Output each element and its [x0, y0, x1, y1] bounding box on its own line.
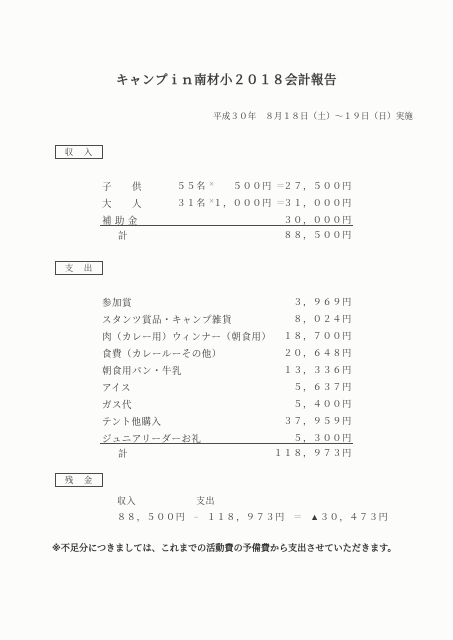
- income-row-amount: ３１，０００円: [252, 196, 352, 209]
- expense-row-amount: ２０，６４８円: [252, 346, 352, 359]
- income-total-amount: ８８，５００円: [252, 228, 352, 241]
- expense-row-label: 参加賞: [102, 295, 132, 309]
- income-row-count: ５５名: [150, 179, 206, 192]
- expense-row-amount: ３７，９５９円: [252, 414, 352, 427]
- expenses-total-label: 計: [118, 446, 128, 460]
- expense-row-label: 肉（カレー用）ウィンナー（朝食用）: [102, 329, 271, 343]
- expense-row-label: アイス: [102, 380, 131, 394]
- expenses-total-rule: [100, 443, 353, 444]
- expense-row: 朝食用パン・牛乳 １３，３３６円: [0, 363, 453, 376]
- expense-row-amount: ３，９６９円: [252, 295, 352, 308]
- expense-row-amount: １３，３３６円: [252, 363, 352, 376]
- income-total-label: 計: [118, 228, 128, 242]
- minus-sign: −: [194, 512, 199, 522]
- expense-row-label: テント他購入: [102, 414, 162, 428]
- income-row-children: 子 供 ５５名 × ５００円 ＝ ２７，５００円: [0, 179, 453, 192]
- expenses-section-label: 支 出: [65, 262, 94, 274]
- expense-row: 食費（カレールーその他） ２０，６４８円: [0, 346, 453, 359]
- balance-section-box: 残 金: [55, 473, 103, 487]
- expense-row: テント他購入 ３７，９５９円: [0, 414, 453, 427]
- income-row-amount: ２７，５００円: [252, 179, 352, 192]
- expense-row-amount: ５，４００円: [252, 397, 352, 410]
- footnote: ※不足分につきましては、これまでの活動費の予備費から支出させていただきます。: [52, 541, 397, 554]
- balance-income-amount: ８８，５００円: [117, 510, 186, 523]
- expense-row: ガス代 ５，４００円: [0, 397, 453, 410]
- expenses-total-amount: １１８，９７３円: [252, 446, 352, 459]
- income-row-label: 子 供: [102, 179, 142, 193]
- balance-income-column-label: 収入: [117, 494, 136, 507]
- expense-row-label: 朝食用パン・牛乳: [102, 363, 182, 377]
- income-row-adults: 大 人 ３１名 × １，０００円 ＝ ３１，０００円: [0, 196, 453, 209]
- balance-equation: ８８，５００円 − １１８，９７３円 ＝ ▲３０，４７３円: [117, 510, 388, 523]
- expenses-section-box: 支 出: [55, 261, 103, 275]
- date-line: 平成３０年 ８月１８日（土）～１９日（日）実施: [213, 110, 413, 122]
- document-title: キャンプｉｎ南材小２０１８会計報告: [0, 70, 453, 88]
- expense-row: アイス ５，６３７円: [0, 380, 453, 393]
- expense-row-amount: １８，７００円: [252, 329, 352, 342]
- document-page: キャンプｉｎ南材小２０１８会計報告 平成３０年 ８月１８日（土）～１９日（日）実…: [0, 0, 453, 640]
- expense-row-label: ガス代: [102, 397, 132, 411]
- expense-row-amount: ５，６３７円: [252, 380, 352, 393]
- expenses-total-row: 計 １１８，９７３円: [0, 446, 453, 459]
- income-row-label: 大 人: [102, 196, 142, 210]
- income-section-box: 収 入: [55, 145, 103, 159]
- income-section-label: 収 入: [65, 146, 94, 158]
- expense-row: 肉（カレー用）ウィンナー（朝食用） １８，７００円: [0, 329, 453, 342]
- expense-row: 参加賞 ３，９６９円: [0, 295, 453, 308]
- balance-expense-column-label: 支出: [196, 494, 215, 507]
- balance-expense-amount: １１８，９７３円: [207, 510, 285, 523]
- expense-row-label: スタンツ賞品・キャンプ雑貨: [102, 312, 232, 326]
- expense-row: スタンツ賞品・キャンプ雑貨 ８，０２４円: [0, 312, 453, 325]
- balance-result-amount: ▲３０，４７３円: [310, 510, 388, 523]
- income-total-row: 計 ８８，５００円: [0, 228, 453, 241]
- income-total-rule: [100, 225, 353, 226]
- balance-section-label: 残 金: [65, 474, 94, 486]
- equals-sign: ＝: [293, 510, 302, 523]
- expense-row-amount: ８，０２４円: [252, 312, 352, 325]
- expense-row-label: 食費（カレールーその他）: [102, 346, 222, 360]
- income-row-count: ３１名: [150, 196, 206, 209]
